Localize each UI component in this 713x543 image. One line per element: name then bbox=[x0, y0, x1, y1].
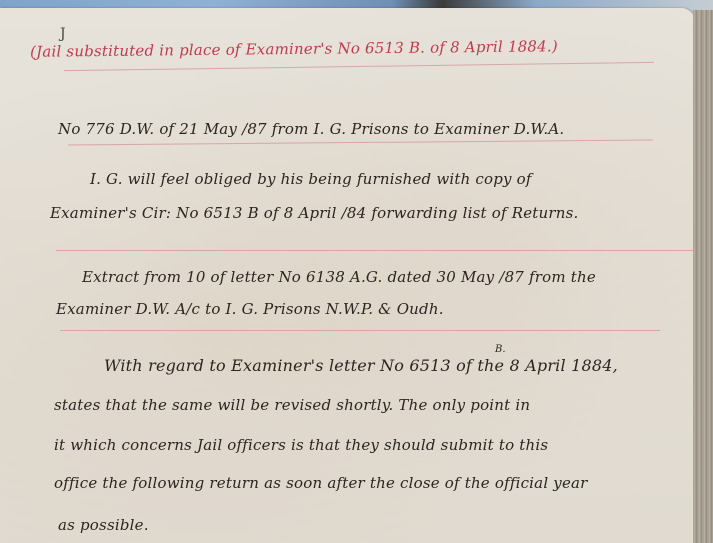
header-underline bbox=[64, 62, 654, 71]
section-divider bbox=[56, 250, 696, 251]
entry-2-body-line-5: as possible. bbox=[58, 516, 149, 534]
entry-2-heading: Extract from 10 of letter No 6138 A.G. d… bbox=[82, 268, 596, 286]
header-note: (Jail substituted in place of Examiner's… bbox=[30, 37, 558, 61]
book-page-edges bbox=[693, 10, 713, 543]
entry-2-body-line-4: office the following return as soon afte… bbox=[54, 474, 588, 492]
entry-2-heading-cont: Examiner D.W. A/c to I. G. Prisons N.W.P… bbox=[56, 300, 444, 318]
cut-off-text bbox=[380, 538, 680, 543]
document-photo: J (Jail substituted in place of Examiner… bbox=[0, 0, 713, 543]
entry-2-body-line-3: it which concerns Jail officers is that … bbox=[54, 436, 548, 454]
entry-1-body-line-1: I. G. will feel obliged by his being fur… bbox=[90, 170, 532, 188]
superscript-b: B. bbox=[495, 344, 506, 355]
entry-2-body-line-2: states that the same will be revised sho… bbox=[54, 396, 530, 414]
corner-pencil-mark: J bbox=[60, 26, 66, 42]
ledger-page: J (Jail substituted in place of Examiner… bbox=[0, 8, 695, 543]
entry-1-body-line-2: Examiner's Cir: No 6513 B of 8 April /84… bbox=[50, 204, 578, 222]
entry-2-heading-underline bbox=[60, 330, 660, 331]
entry-1-heading-underline bbox=[68, 139, 653, 145]
entry-1-heading: No 776 D.W. of 21 May /87 from I. G. Pri… bbox=[58, 120, 564, 138]
entry-2-body-line-1: With regard to Examiner's letter No 6513… bbox=[104, 356, 618, 375]
